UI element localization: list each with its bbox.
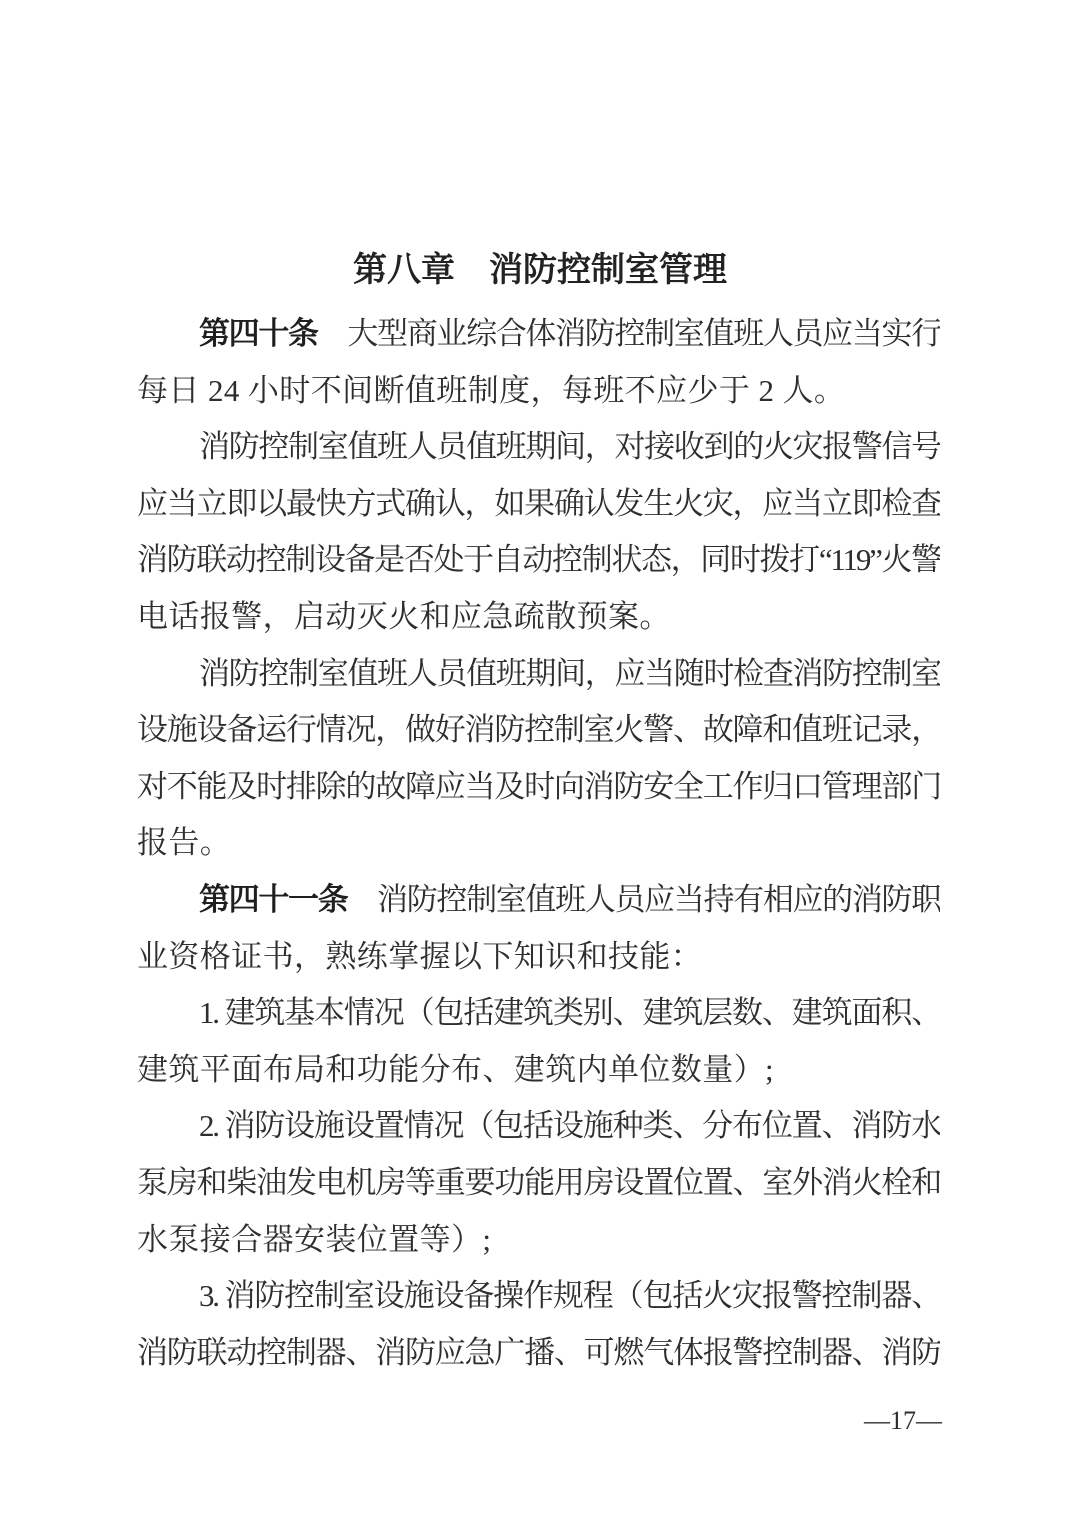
document-page: 第八章 消防控制室管理 第四十条 大型商业综合体消防控制室值班人员应当实行每日 … [0,0,1080,1526]
article-number: 第四十条 [199,316,318,351]
document-body: 第四十条 大型商业综合体消防控制室值班人员应当实行每日 24 小时不间断值班制度… [137,306,940,1381]
body-line: 每日 24 小时不间断值班制度，每班不应少于 2 人。 [137,363,940,420]
body-line: 对不能及时排除的故障应当及时向消防安全工作归口管理部门 [137,759,940,816]
body-line: 水泵接合器安装位置等）; [137,1212,940,1269]
body-line: 泵房和柴油发电机房等重要功能用房设置位置、室外消火栓和 [137,1155,940,1212]
body-line: 业资格证书，熟练掌握以下知识和技能： [137,929,940,986]
body-line: 建筑平面布局和功能分布、建筑内单位数量）; [137,1042,940,1099]
body-line: 电话报警，启动灭火和应急疏散预案。 [137,589,940,646]
page-number: —17— [864,1406,942,1436]
body-line: 3. 消防控制室设施设备操作规程（包括火灾报警控制器、 [137,1268,940,1325]
body-line: 第四十一条 消防控制室值班人员应当持有相应的消防职 [137,872,940,929]
body-line: 第四十条 大型商业综合体消防控制室值班人员应当实行 [137,306,940,363]
body-line: 1. 建筑基本情况（包括建筑类别、建筑层数、建筑面积、 [137,985,940,1042]
body-line: 消防控制室值班人员值班期间，应当随时检查消防控制室 [137,646,940,703]
body-line: 消防联动控制器、消防应急广播、可燃气体报警控制器、消防 [137,1325,940,1382]
article-number: 第四十一条 [199,882,347,917]
body-line: 报告。 [137,815,940,872]
chapter-heading: 第八章 消防控制室管理 [0,248,1080,294]
body-line: 消防联动控制设备是否处于自动控制状态，同时拨打“119”火警 [137,532,940,589]
body-line: 设施设备运行情况，做好消防控制室火警、故障和值班记录， [137,702,940,759]
body-line: 消防控制室值班人员值班期间，对接收到的火灾报警信号 [137,419,940,476]
body-line: 应当立即以最快方式确认，如果确认发生火灾，应当立即检查 [137,476,940,533]
body-line: 2. 消防设施设置情况（包括设施种类、分布位置、消防水 [137,1098,940,1155]
